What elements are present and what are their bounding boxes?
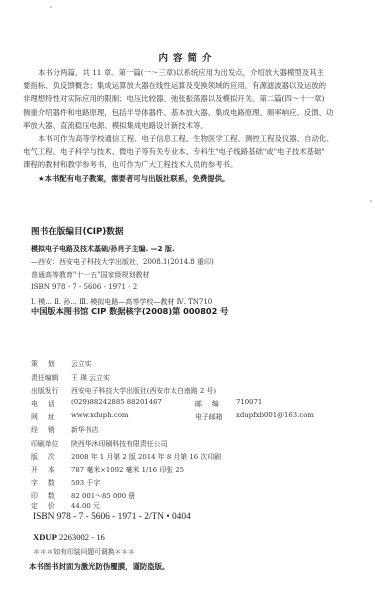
postcode-value: 710071 (236, 398, 262, 406)
format-value: 787 毫米×1092 毫米 1/16 印张 25 (71, 464, 184, 474)
email-value: xdupfxb001@163.com (236, 411, 314, 419)
wordcount-value: 593 千字 (71, 477, 100, 487)
postcode-label: 邮编 (195, 398, 235, 408)
phone-value: (029)88242885 88201467 (71, 398, 162, 408)
cip-check-number: 中国版本图书馆 CIP 数据核字(2008)第 000802 号 (31, 306, 228, 317)
courseware-note: ★本书配有电子教案，需要者可与出版社联系，免费提供。 (38, 173, 229, 184)
text-line: 率放大器、直流稳压电源、模拟集成电路设计新技术等。 (23, 119, 353, 132)
row-printer: 印刷单位 陕西华沐印刷科技有限责任公司 (31, 438, 167, 448)
text-line: 非理想特性对实际应用的限制；电压比较器、弛张振荡器以及模拟开关。第二篇(四～十一… (23, 92, 353, 105)
row-format: 开本 787 毫米×1092 毫米 1/16 印张 25 (31, 464, 184, 474)
xdup-code: XDUP 2263002 - 16 (33, 532, 105, 542)
row-phone-postcode: 电话 (029)88242885 88201467 邮编 710071 (31, 398, 351, 408)
printrun-label: 印数 (31, 490, 71, 500)
editor-label: 责任编辑 (31, 372, 71, 382)
text-line: 课程的教材和教学参考书，也可作为广大工程技术人员的参考书。 (23, 158, 353, 171)
publisher-value: 西安电子科技大学出版社(西安市太白南路 2 号) (71, 385, 216, 395)
edition-label: 版次 (31, 451, 71, 461)
cip-series-line: 普通高等教育"十一五"国家级规划教材 (31, 270, 149, 280)
row-publisher: 出版发行 西安电子科技大学出版社(西安市太白南路 2 号) (31, 385, 216, 395)
price-label: 定价 (31, 500, 71, 510)
edition-value: 2008 年 1 月第 2 版 2014 年 8 月第 16 次印刷 (71, 451, 221, 461)
scan-speck (370, 200, 372, 202)
scan-speck (50, 6, 52, 8)
row-planner: 策划 云立实 (31, 358, 92, 368)
publisher-label: 出版发行 (31, 385, 71, 395)
planner-value: 云立实 (71, 358, 92, 368)
row-distributor: 经销 新华书店 (31, 424, 99, 434)
planner-label: 策划 (31, 358, 71, 368)
replacement-notice: ＊＊＊如有印装问题可调换＊＊＊ (33, 546, 135, 556)
summary-title: 内容简介 (0, 50, 375, 64)
distributor-label: 经销 (31, 424, 71, 434)
row-printrun: 印数 82 001～85 000 册 (31, 490, 135, 500)
isbn-full: ISBN 978 - 7 - 5606 - 1971 - 2/TN • 0404 (33, 512, 191, 522)
phone-label: 电话 (31, 398, 71, 408)
printer-value: 陕西华沐印刷科技有限责任公司 (71, 438, 167, 448)
text-line: 本书可作为高等学校通信工程、电子信息工程、生物医学工程、测控工程及仪器、自动化、 (23, 132, 353, 145)
website-label: 网址 (31, 411, 71, 421)
cip-book-title: 模拟电子电路及技术基础/孙肖子主编. —2 版. (31, 244, 175, 254)
price-value: 44.00 元 (71, 500, 100, 510)
summary-paragraph-1: 本书分两篇，共 11 章。第一篇(一～三章)以系统应用为出发点，介绍放大器模型及… (23, 66, 353, 132)
row-price: 定价 44.00 元 (31, 500, 100, 510)
row-editor: 责任编辑 王 瑛 云立实 (31, 372, 110, 382)
website-value: www.xduph.com (71, 411, 128, 421)
wordcount-label: 字数 (31, 477, 71, 487)
row-wordcount: 字数 593 千字 (31, 477, 100, 487)
distributor-value: 新华书店 (71, 424, 99, 434)
cip-isbn-line: ISBN 978 - 7 - 5606 - 1971 - 2 (31, 283, 137, 291)
summary-paragraph-2: 本书可作为高等学校通信工程、电子信息工程、生物医学工程、测控工程及仪器、自动化、… (23, 132, 353, 172)
editor-value: 王 瑛 云立实 (71, 372, 110, 382)
row-website-email: 网址 www.xduph.com 电子邮箱 xdupfxb001@163.com (31, 411, 351, 421)
text-line: 侧重介绍器件和电路原理，包括半导体器件、基本放大器、集成电路原理、频率响应、反馈… (23, 106, 353, 119)
cip-publisher-line: —西安：西安电子科技大学出版社，2008.1(2014.8 重印) (31, 257, 214, 267)
printer-label: 印刷单位 (31, 438, 71, 448)
row-edition: 版次 2008 年 1 月第 2 版 2014 年 8 月第 16 次印刷 (31, 451, 221, 461)
xdup-label: XDUP (33, 532, 57, 542)
text-line: 要指标、负反馈概念；集成运算放大器在线性运算及变换领域的应用，有源滤波器以及运放… (23, 79, 353, 92)
text-line: 本书分两篇，共 11 章。第一篇(一～三章)以系统应用为出发点，介绍放大器模型及… (23, 66, 353, 79)
cip-title: 图书在版编目(CIP)数据 (31, 225, 123, 237)
printrun-value: 82 001～85 000 册 (71, 490, 135, 500)
anti-counterfeit-notice: 本书图书封面为激光防伪覆膜，谨防盗版。 (29, 561, 169, 572)
text-line: 电气工程、电子科学与技术、微电子等有关专业本、专科生"电子线路基础"或"电子技术… (23, 145, 353, 158)
xdup-number: 2263002 - 16 (57, 532, 105, 542)
format-label: 开本 (31, 464, 71, 474)
email-label: 电子邮箱 (195, 411, 235, 421)
